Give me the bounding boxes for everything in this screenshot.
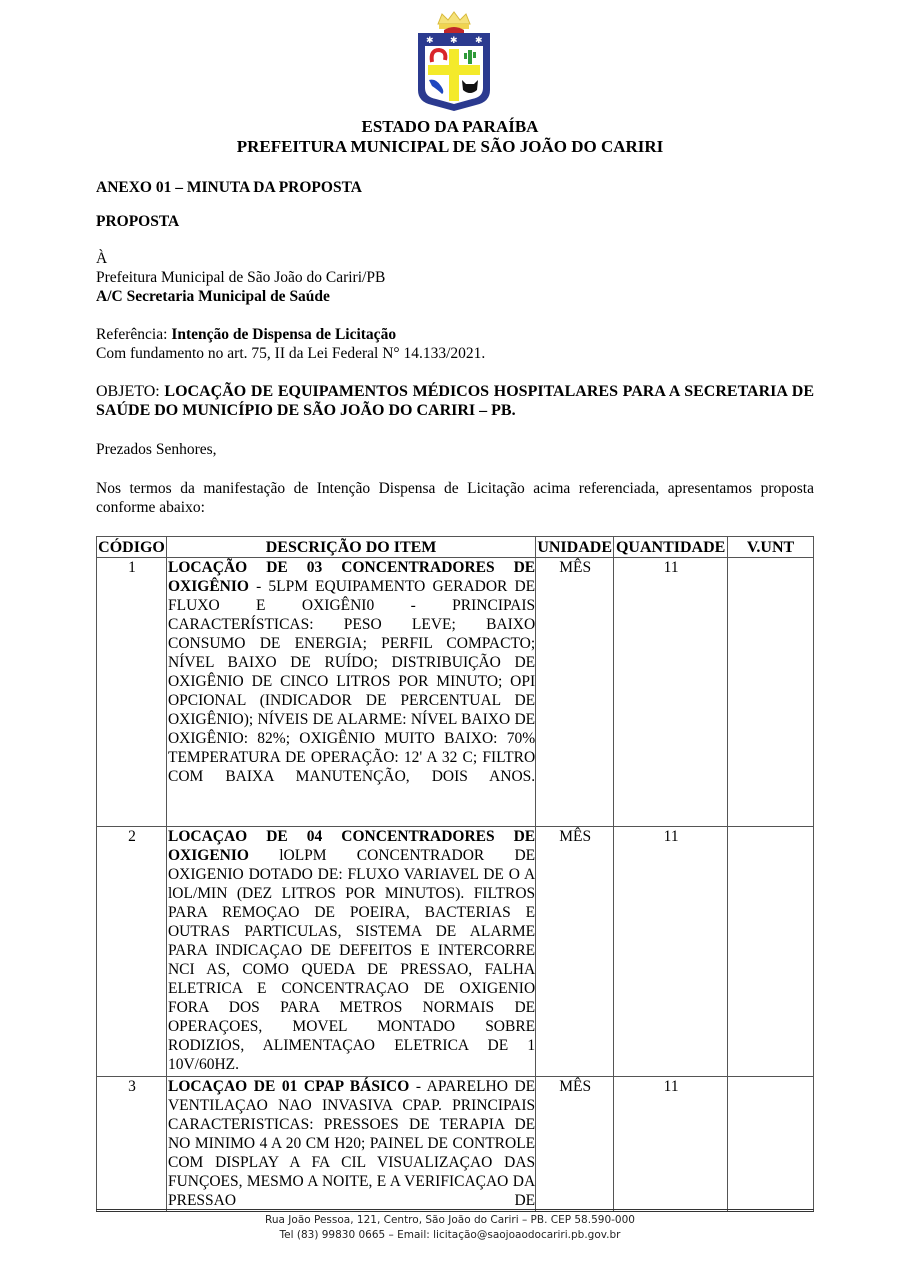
item-unit: MÊS bbox=[536, 558, 614, 827]
reference-value: Intenção de Dispensa de Licitação bbox=[171, 326, 396, 343]
header-description: DESCRIÇÃO DO ITEM bbox=[166, 537, 535, 558]
item-title: LOCAÇAO DE 01 CPAP BÁSICO bbox=[168, 1078, 409, 1095]
item-quantity: 11 bbox=[614, 1077, 728, 1212]
proposal-title: PROPOSTA bbox=[96, 212, 814, 231]
page-footer: Rua João Pessoa, 121, Centro, São João d… bbox=[0, 1213, 900, 1243]
recipient-attention: A/C Secretaria Municipal de Saúde bbox=[96, 287, 814, 306]
svg-text:✱: ✱ bbox=[450, 36, 458, 46]
salutation: À bbox=[96, 249, 814, 268]
item-unit-price[interactable] bbox=[728, 1077, 814, 1212]
item-quantity: 11 bbox=[614, 558, 728, 827]
svg-text:✱: ✱ bbox=[475, 36, 483, 46]
header-code: CÓDIGO bbox=[97, 537, 167, 558]
recipient-org: Prefeitura Municipal de São João do Cari… bbox=[96, 268, 814, 287]
object-block: OBJETO: LOCAÇÃO DE EQUIPAMENTOS MÉDICOS … bbox=[96, 382, 814, 420]
table-row: 1 LOCAÇÃO DE 03 CONCENTRADORES DE OXIGÊN… bbox=[97, 558, 814, 827]
header-unit-price: V.UNT bbox=[728, 537, 814, 558]
item-details: lOLPM CONCENTRADOR DE OXIGENIO DOTADO DE… bbox=[168, 847, 535, 1073]
coat-of-arms-logo-icon: ✱ ✱ ✱ bbox=[414, 10, 494, 112]
item-unit: MÊS bbox=[536, 1077, 614, 1212]
item-description: LOCAÇAO DE 01 CPAP BÁSICO - APARELHO DE … bbox=[166, 1077, 535, 1212]
footer-address: Rua João Pessoa, 121, Centro, São João d… bbox=[0, 1213, 900, 1228]
header-quantity: QUANTIDADE bbox=[614, 537, 728, 558]
svg-text:✱: ✱ bbox=[426, 36, 434, 46]
reference-block: Referência: Intenção de Dispensa de Lici… bbox=[96, 325, 814, 363]
table-header-row: CÓDIGO DESCRIÇÃO DO ITEM UNIDADE QUANTID… bbox=[97, 537, 814, 558]
item-unit-price[interactable] bbox=[728, 827, 814, 1077]
item-details: - APARELHO DE VENTILAÇAO NAO INVASIVA CP… bbox=[168, 1078, 535, 1209]
footer-divider bbox=[96, 1209, 814, 1210]
item-code: 2 bbox=[97, 827, 167, 1077]
legal-basis: Com fundamento no art. 75, II da Lei Fed… bbox=[96, 344, 814, 363]
item-code: 3 bbox=[97, 1077, 167, 1212]
footer-contact: Tel (83) 99830 0665 – Email: licitação@s… bbox=[0, 1228, 900, 1243]
item-code: 1 bbox=[97, 558, 167, 827]
object-value: LOCAÇÃO DE EQUIPAMENTOS MÉDICOS HOSPITAL… bbox=[96, 383, 814, 419]
item-quantity: 11 bbox=[614, 827, 728, 1077]
intro-paragraph: Nos termos da manifestação de Intenção D… bbox=[96, 479, 814, 517]
object-label: OBJETO: bbox=[96, 383, 164, 400]
item-unit: MÊS bbox=[536, 827, 614, 1077]
table-row: 3 LOCAÇAO DE 01 CPAP BÁSICO - APARELHO D… bbox=[97, 1077, 814, 1212]
item-description: LOCAÇAO DE 04 CONCENTRADORES DE OXIGENIO… bbox=[166, 827, 535, 1077]
table-row: 2 LOCAÇAO DE 04 CONCENTRADORES DE OXIGEN… bbox=[97, 827, 814, 1077]
item-description: LOCAÇÃO DE 03 CONCENTRADORES DE OXIGÊNIO… bbox=[166, 558, 535, 827]
state-name: ESTADO DA PARAÍBA bbox=[0, 117, 900, 137]
item-details: - 5LPM EQUIPAMENTO GERADOR DE FLUXO E OX… bbox=[168, 578, 535, 785]
items-table: CÓDIGO DESCRIÇÃO DO ITEM UNIDADE QUANTID… bbox=[96, 536, 814, 1212]
header-unit: UNIDADE bbox=[536, 537, 614, 558]
municipality-name: PREFEITURA MUNICIPAL DE SÃO JOÃO DO CARI… bbox=[0, 137, 900, 157]
item-unit-price[interactable] bbox=[728, 558, 814, 827]
recipient-block: À Prefeitura Municipal de São João do Ca… bbox=[96, 249, 814, 306]
reference-label: Referência: bbox=[96, 326, 171, 343]
footer-divider bbox=[96, 1211, 814, 1212]
letterhead: ESTADO DA PARAÍBA PREFEITURA MUNICIPAL D… bbox=[0, 117, 900, 157]
annex-title: ANEXO 01 – MINUTA DA PROPOSTA bbox=[96, 178, 814, 197]
greeting: Prezados Senhores, bbox=[96, 440, 814, 459]
